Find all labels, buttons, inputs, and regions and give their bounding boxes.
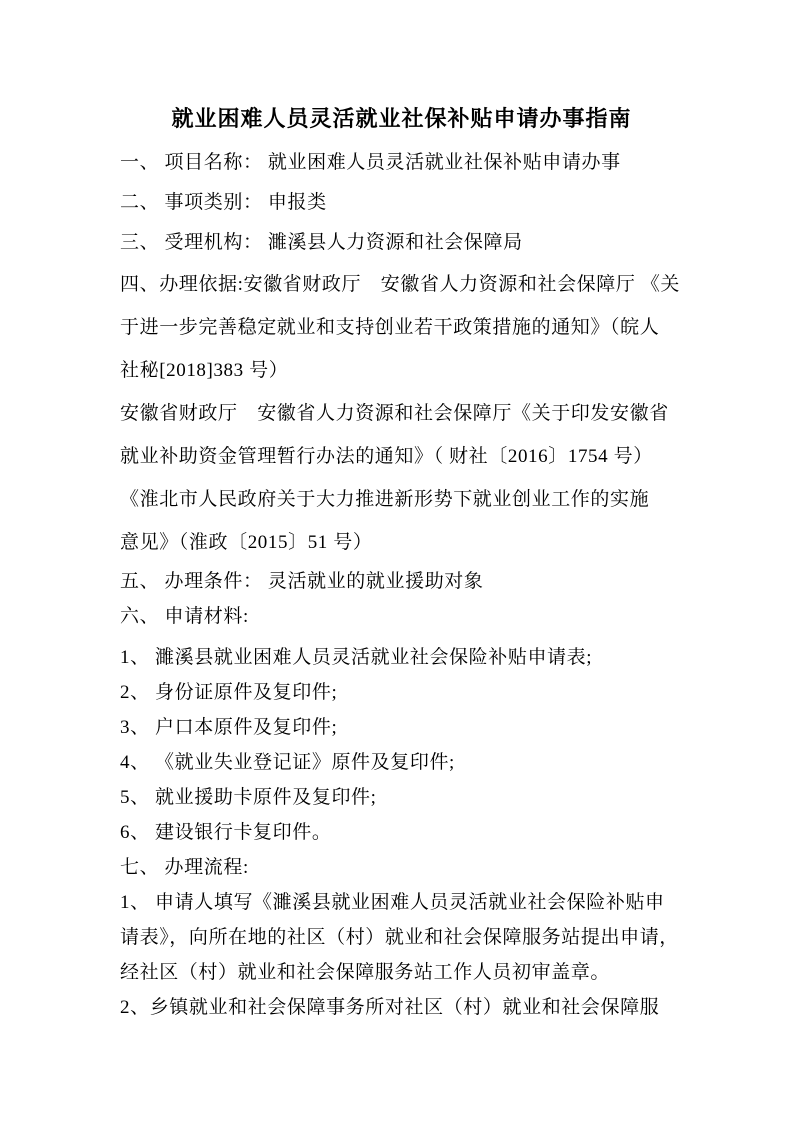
line-material-6: 6、 建设银行卡复印件。 [120,815,683,850]
line-material-3: 3、 户口本原件及复印件; [120,710,683,745]
line-material-2: 2、 身份证原件及复印件; [120,675,683,710]
line-material-5: 5、 就业援助卡原件及复印件; [120,780,683,815]
line-item-2-category: 二、 事项类别： 申报类 [120,183,683,223]
line-item-4-basis-1: 四、办理依据:安徽省财政厅 安徽省人力资源和社会保障厅 《关 [120,263,683,306]
line-process-2: 2、乡镇就业和社会保障事务所对社区（村）就业和社会保障服 [120,990,683,1025]
line-item-4-basis-5: 就业补助资金管理暂行办法的通知》（ 财社〔2016〕1754 号） [120,435,683,478]
line-item-4-basis-2: 于进一步完善稳定就业和支持创业若干政策措施的通知》（皖人 [120,306,683,349]
line-item-4-basis-4: 安徽省财政厅 安徽省人力资源和社会保障厅《关于印发安徽省 [120,392,683,435]
line-item-5-condition: 五、 办理条件： 灵活就业的就业援助对象 [120,564,683,599]
document-content: 就业困难人员灵活就业社保补贴申请办事指南 一、 项目名称： 就业困难人员灵活就业… [0,0,793,1025]
line-item-4-basis-3: 社秘[2018]383 号） [120,349,683,392]
line-process-1b: 请表》，向所在地的社区（村）就业和社会保障服务站提出申请， [120,920,683,955]
document-page: 就业困难人员灵活就业社保补贴申请办事指南 一、 项目名称： 就业困难人员灵活就业… [0,0,793,1122]
line-process-1a: 1、 申请人填写《濉溪县就业困难人员灵活就业社会保险补贴申 [120,885,683,920]
line-item-7-process: 七、 办理流程: [120,850,683,885]
line-process-1c: 经社区（村）就业和社会保障服务站工作人员初审盖章。 [120,955,683,990]
line-item-3-agency: 三、 受理机构： 濉溪县人力资源和社会保障局 [120,223,683,263]
line-item-4-basis-7: 意见》（淮政〔2015〕51 号） [120,521,683,564]
line-material-4: 4、 《就业失业登记证》原件及复印件; [120,745,683,780]
line-item-6-materials: 六、 申请材料: [120,599,683,634]
document-title: 就业困难人员灵活就业社保补贴申请办事指南 [120,103,683,135]
line-material-1: 1、 濉溪县就业困难人员灵活就业社会保险补贴申请表; [120,640,683,675]
line-item-1-project-name: 一、 项目名称： 就业困难人员灵活就业社保补贴申请办事 [120,143,683,183]
line-item-4-basis-6: 《淮北市人民政府关于大力推进新形势下就业创业工作的实施 [120,478,683,521]
